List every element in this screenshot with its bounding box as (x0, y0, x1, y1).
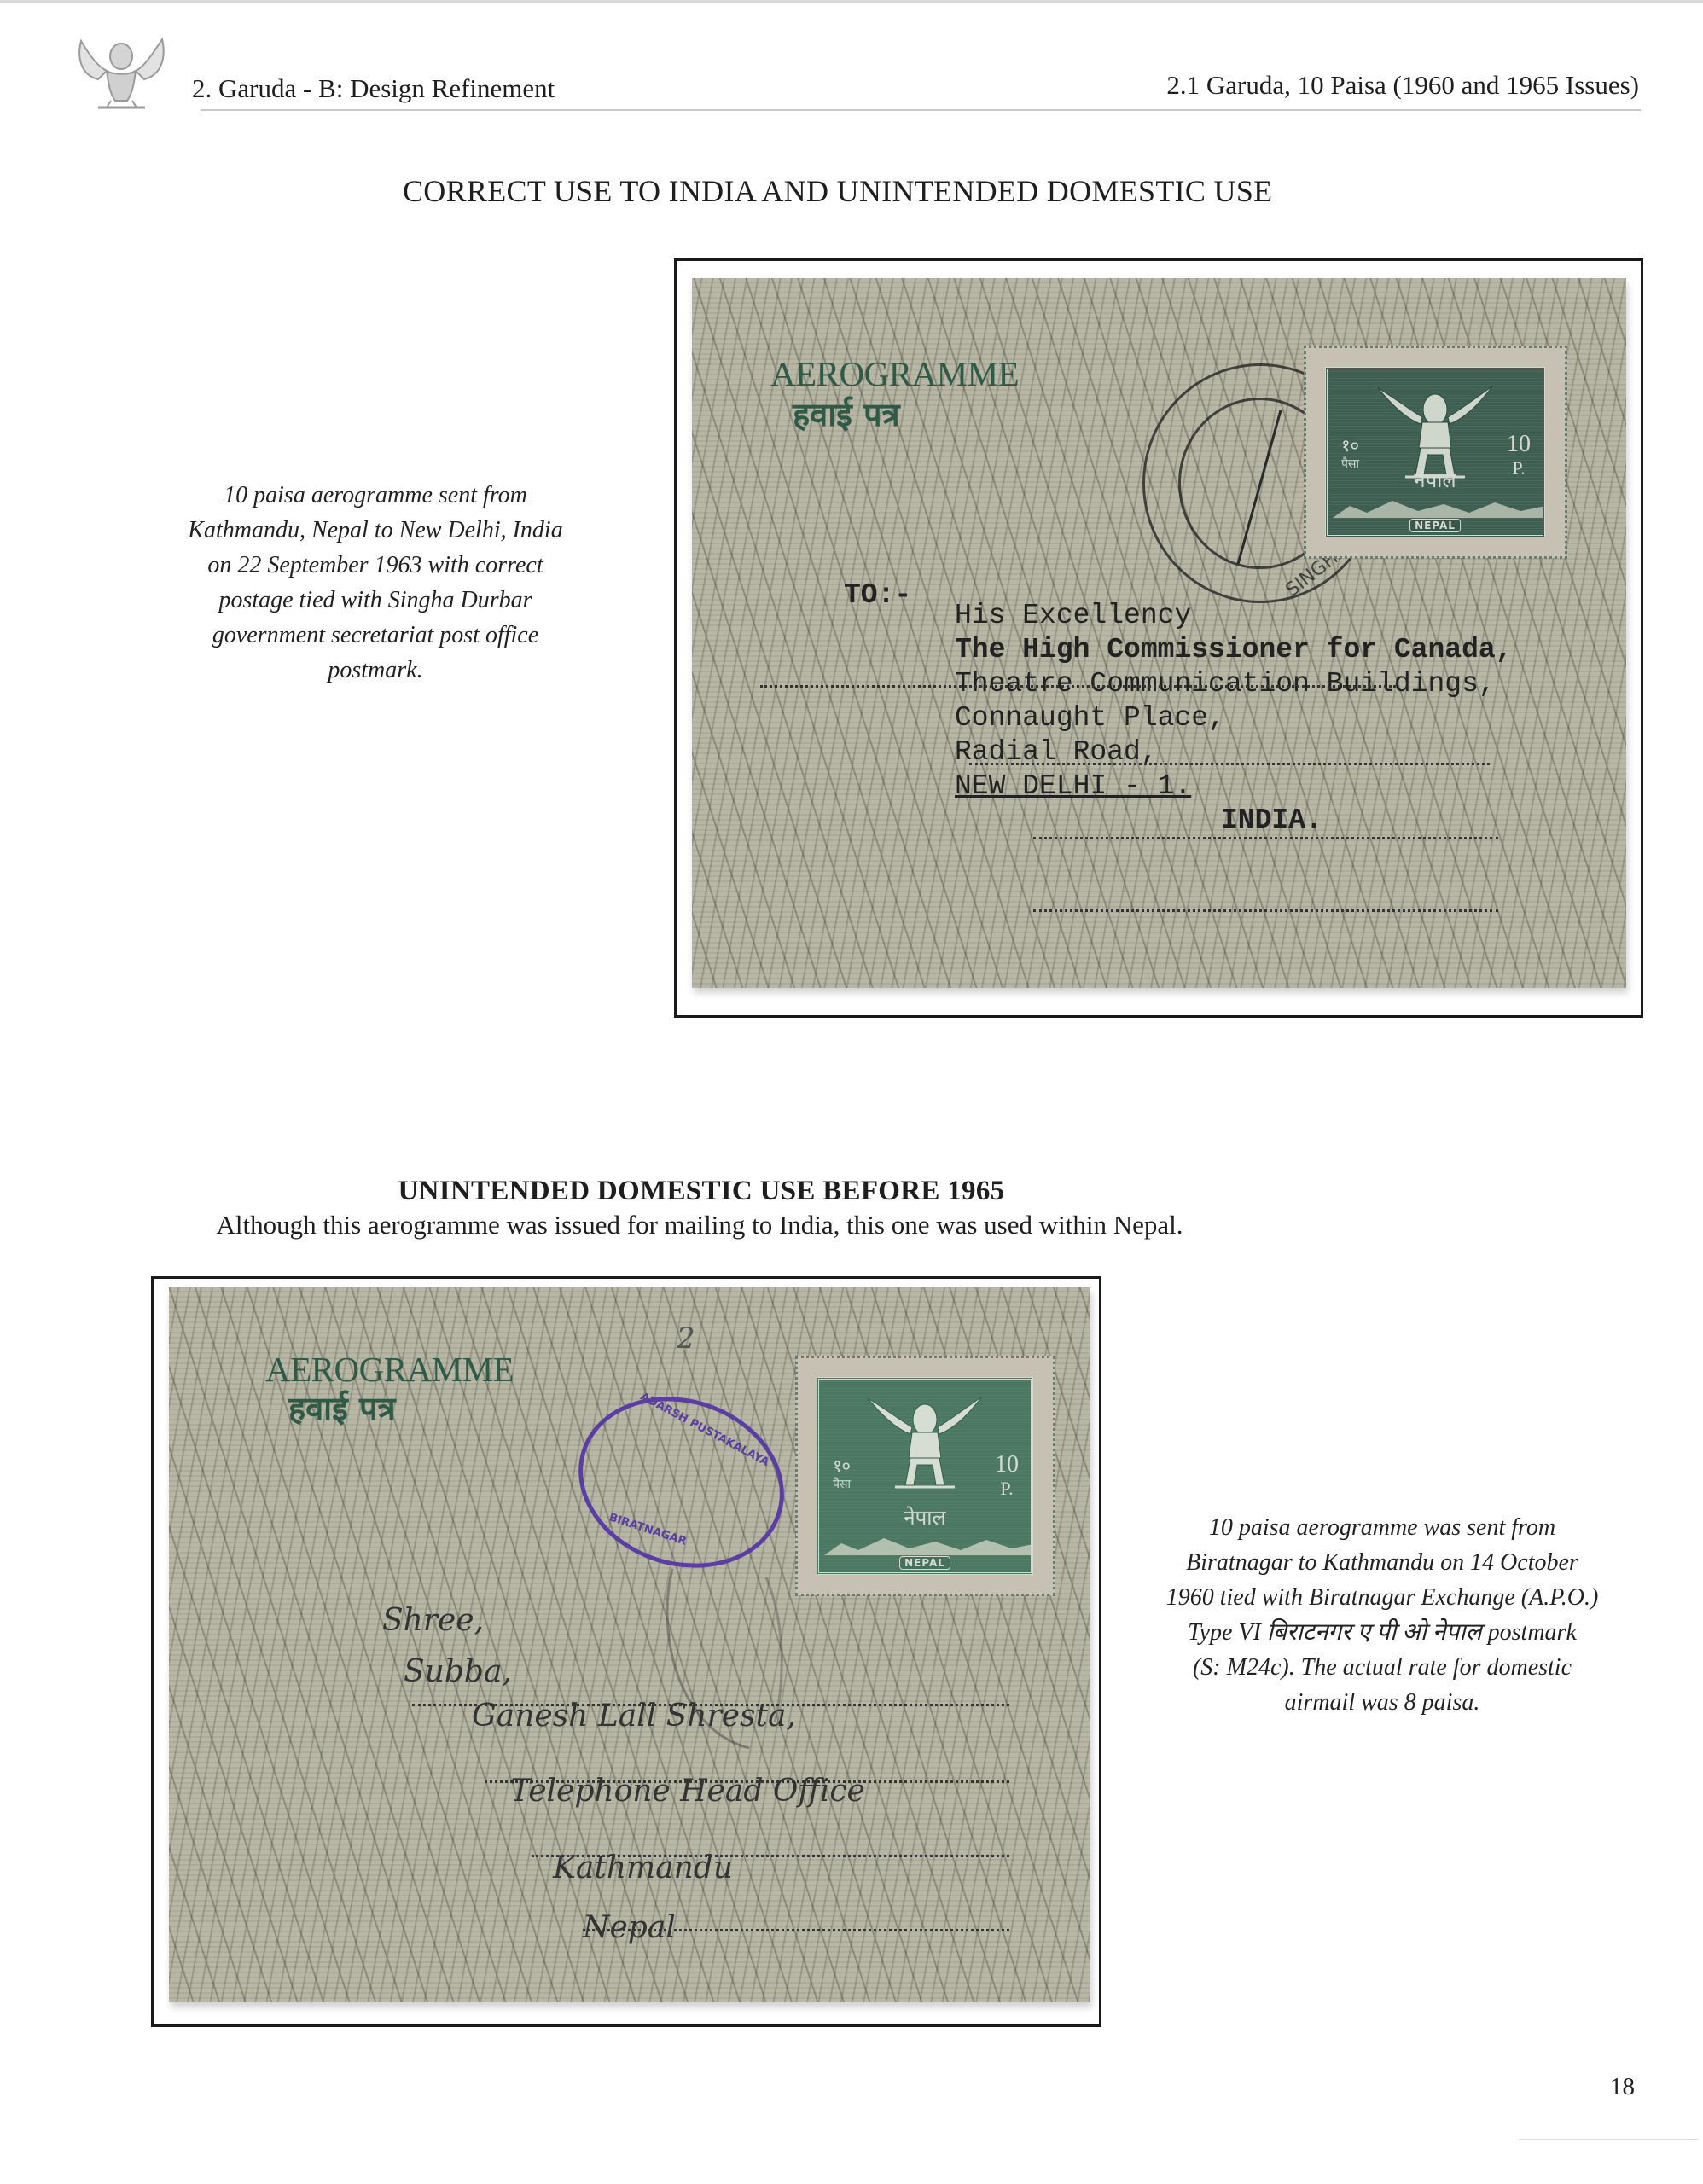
aerogramme-label-hi: हवाई पत्र (793, 392, 900, 436)
stamp-country-hi: नेपाल (1328, 466, 1543, 494)
postmark-cancel-line (1221, 406, 1298, 568)
caption-line: 10 paisa aerogramme was sent from (1122, 1510, 1642, 1545)
aerogramme-2-card: AEROGRAMME हवाई पत्र 2 ADARSH PUSTAKALAY… (169, 1287, 1090, 2002)
header-section-title: 2. Garuda - B: Design Refinement (192, 73, 555, 104)
caption-line: airmail was 8 paisa. (1122, 1685, 1642, 1720)
caption-line: postmark. (137, 653, 614, 688)
printed-stamp: १० पैसा 10 P. नेपाल NEPAL (1305, 346, 1566, 558)
stamp-value-hi: १० पैसा (833, 1456, 851, 1494)
cachet-text-bottom: BIRATNAGAR (607, 1511, 688, 1548)
section1-title: CORRECT USE TO INDIA AND UNINTENDED DOME… (403, 173, 1272, 209)
handwritten-address-line: Subba, (404, 1654, 512, 1689)
handwritten-address-line: Shree, (382, 1603, 484, 1638)
caption-line: postage tied with Singha Durbar (137, 583, 614, 618)
mountains-icon (1333, 497, 1545, 518)
address-line: Theatre Communication Buildings, (955, 668, 1496, 700)
page-number: 18 (1610, 2073, 1635, 2101)
caption-line: Type VI बिराटनगर ए पी ओ नेपाल postmark (1122, 1615, 1642, 1650)
address-to-label: TO:- (844, 579, 911, 611)
header-divider (201, 109, 1641, 111)
aerogramme-label-hi: हवाई पत्र (288, 1385, 396, 1430)
footer-rule (1519, 2139, 1698, 2140)
caption-line: 10 paisa aerogramme sent from (137, 478, 614, 513)
caption-line: government secretariat post office (137, 618, 614, 653)
stamp-design: १० पैसा 10 P. नेपाल NEPAL (1325, 367, 1545, 537)
caption-line: Biratnagar to Kathmandu on 14 October (1122, 1545, 1642, 1580)
address-line: The High Commissioner for Canada, (955, 634, 1513, 665)
section2-subtitle: Although this aerogramme was issued for … (128, 1210, 1271, 1240)
stamp-value-en: 10 P. (995, 1453, 1019, 1501)
address-guide-line (583, 1929, 1009, 1931)
garuda-figure-icon (861, 1390, 989, 1492)
caption-line: on 22 September 1963 with correct (137, 548, 614, 583)
handwritten-address-line: Kathmandu (553, 1850, 733, 1885)
printed-stamp: १० पैसा 10 P. नेपाल NEPAL (796, 1356, 1055, 1595)
address-line: Connaught Place, (955, 702, 1225, 734)
caption-line: (S: M24c). The actual rate for domestic (1122, 1650, 1642, 1685)
stamp-design: १० पैसा 10 P. नेपाल NEPAL (817, 1377, 1033, 1575)
section1-caption: 10 paisa aerogramme sent from Kathmandu,… (137, 478, 614, 688)
mountains-icon (824, 1535, 1033, 1555)
aerogramme-2-frame: AEROGRAMME हवाई पत्र 2 ADARSH PUSTAKALAY… (151, 1276, 1101, 2027)
address-guide-line (969, 763, 1490, 765)
section2-title: UNINTENDED DOMESTIC USE BEFORE 1965 (151, 1176, 1252, 1207)
section2-caption: 10 paisa aerogramme was sent from Biratn… (1122, 1510, 1642, 1720)
header-subsection-title: 2.1 Garuda, 10 Paisa (1960 and 1965 Issu… (1166, 70, 1639, 101)
cachet-text-top: ADARSH PUSTAKALAYA (638, 1391, 771, 1469)
address-line: INDIA. (1221, 804, 1322, 836)
address-guide-line (760, 685, 1396, 688)
aerogramme-1-frame: AEROGRAMME हवाई पत्र SINGHA (674, 258, 1643, 1018)
stamp-country-en: NEPAL (899, 1556, 950, 1570)
handwritten-address-line: Telephone Head Office (510, 1774, 865, 1809)
pencil-mark: 2 (677, 1321, 695, 1356)
caption-line: Kathmandu, Nepal to New Delhi, India (137, 513, 614, 548)
aerogramme-label-en: AEROGRAMME (265, 1349, 514, 1390)
address-line: NEW DELHI - 1. (955, 770, 1191, 802)
caption-line: 1960 tied with Biratnagar Exchange (A.P.… (1122, 1580, 1642, 1615)
handwritten-address-line: Nepal (583, 1910, 676, 1945)
scan-edge (0, 0, 1703, 3)
address-line: His Excellency (955, 600, 1191, 631)
aerogramme-label-en: AEROGRAMME (770, 353, 1019, 394)
handwritten-address-line: Ganesh Lall Shresta, (472, 1699, 796, 1734)
address-guide-line (1033, 837, 1498, 839)
address-guide-line (1033, 909, 1498, 912)
aerogramme-1-card: AEROGRAMME हवाई पत्र SINGHA (692, 278, 1626, 988)
stamp-country-en: NEPAL (1409, 519, 1461, 532)
stamp-country-hi: नेपाल (819, 1503, 1031, 1531)
garuda-emblem-icon (73, 32, 171, 113)
